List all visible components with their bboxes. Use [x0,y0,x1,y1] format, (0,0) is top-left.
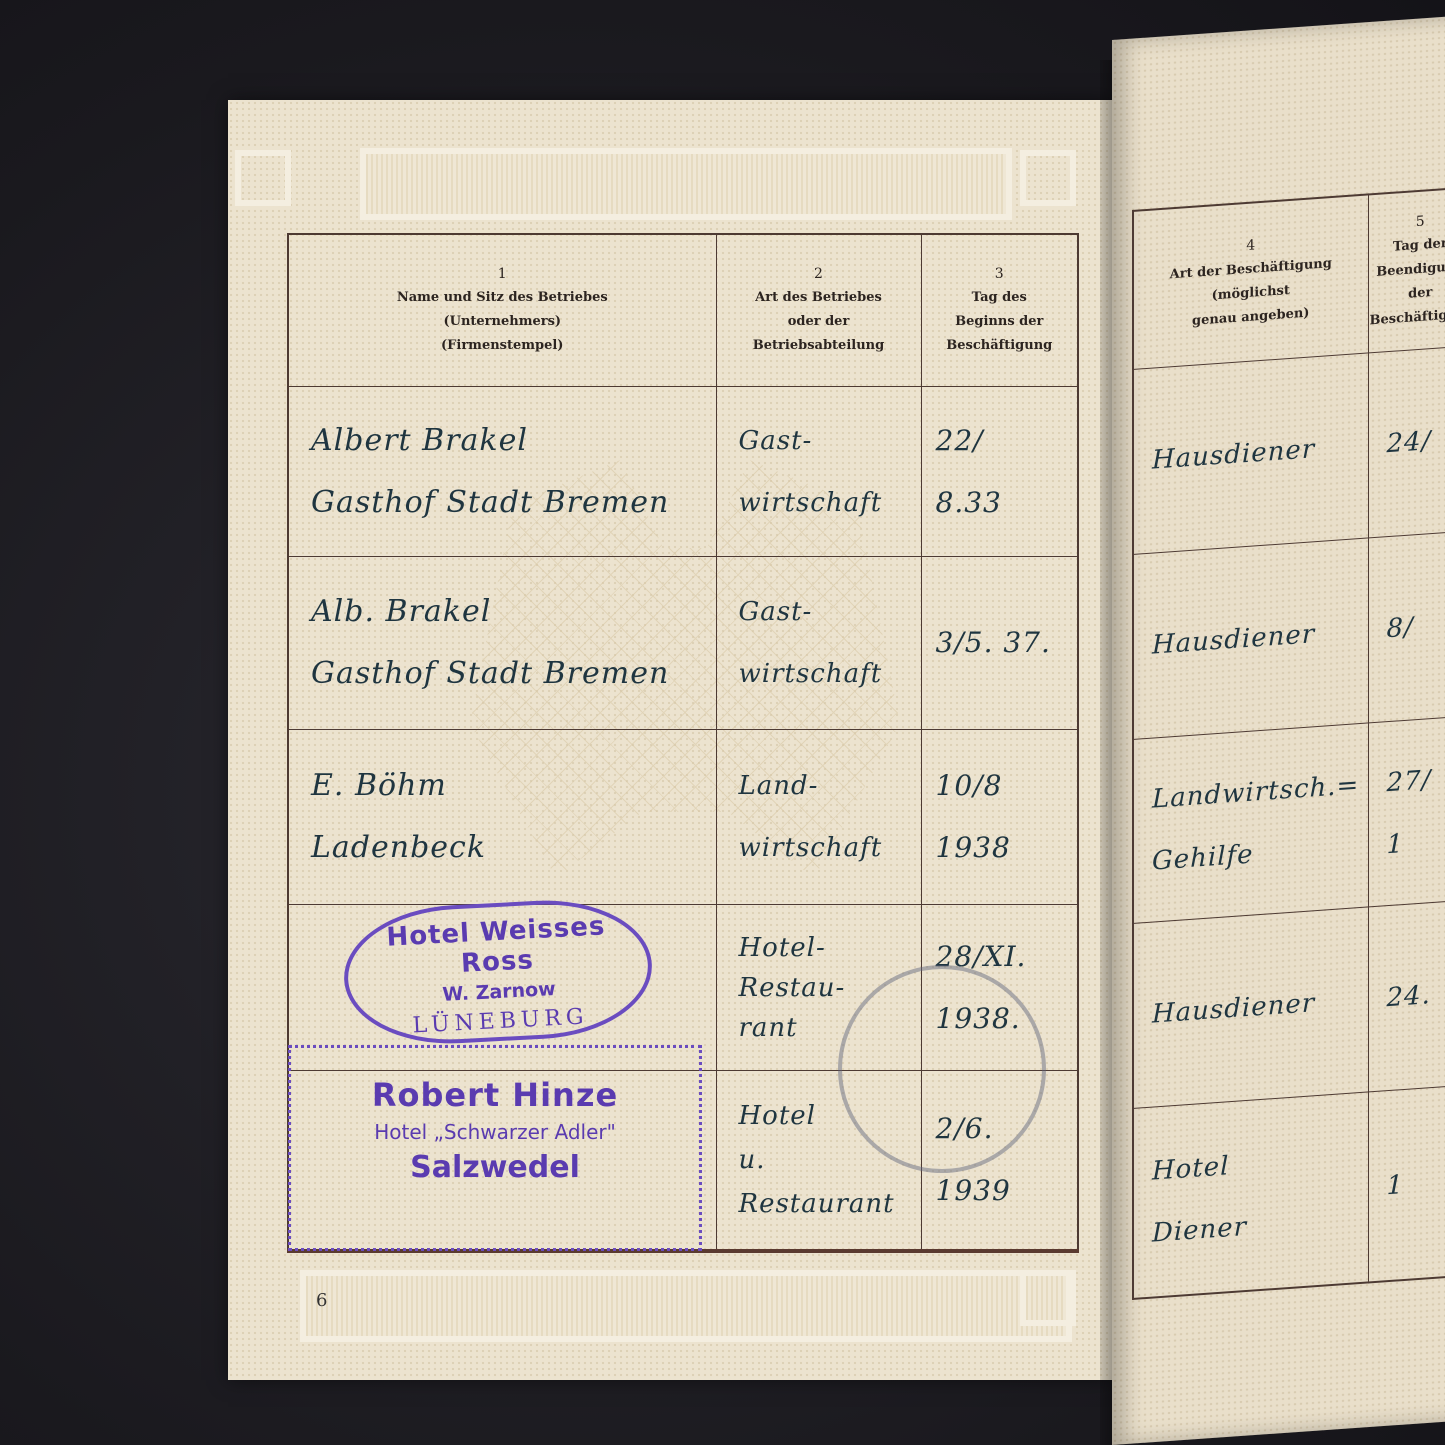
right-page-table: 4 Art der Beschäftigung (möglichst genau… [1132,186,1445,1300]
end-date-cell: 24/ [1368,346,1445,538]
robert-hinze-stamp: Robert Hinze Hotel „Schwarzer Adler" Sal… [288,1045,702,1251]
table-row: Hotel Diener 1 [1133,1085,1445,1299]
table-row: Alb. Brakel Gasthof Stadt Bremen Gast- w… [288,557,1078,730]
end-date-cell: 1 [1368,1085,1445,1283]
occupation-cell: Hausdiener [1133,907,1368,1108]
round-official-stamp-icon [838,965,1046,1173]
table-row: Hausdiener 8/ [1133,530,1445,739]
business-type-cell: Land- wirtschaft [716,729,921,905]
occupation-cell: Landwirtsch.= Gehilfe [1133,723,1368,924]
bottom-ornamental-border [300,1270,1072,1342]
start-date-cell: 22/ 8.33 [921,386,1078,557]
column-header-3: 3 Tag des Beginns der Beschäftigung [921,234,1078,386]
column-header-5: 5 Tag der Beendigung der Beschäftigung [1368,187,1445,353]
end-date-cell: 24. [1368,900,1445,1092]
table-header-row: 4 Art der Beschäftigung (möglichst genau… [1133,187,1445,369]
end-date-cell: 27/ 1 [1368,715,1445,907]
occupation-cell: Hotel Diener [1133,1092,1368,1299]
corner-ornament-icon [1020,150,1076,206]
employer-cell: Alb. Brakel Gasthof Stadt Bremen [288,557,716,730]
table-row: Hausdiener 24/ [1133,346,1445,555]
table-row: Albert Brakel Gasthof Stadt Bremen Gast-… [288,386,1078,557]
column-header-4: 4 Art der Beschäftigung (möglichst genau… [1133,194,1368,369]
corner-ornament-icon [235,150,291,206]
column-header-2: 2 Art des Betriebes oder der Betriebsabt… [716,234,921,386]
start-date-cell: 10/8 1938 [921,729,1078,905]
table-row: Hausdiener 24. [1133,900,1445,1109]
page-number: 6 [316,1290,327,1311]
end-date-cell: 8/ [1368,530,1445,722]
occupation-cell: Hausdiener [1133,353,1368,554]
employer-cell: E. Böhm Ladenbeck [288,729,716,905]
business-type-cell: Gast- wirtschaft [716,557,921,730]
table-row: E. Böhm Ladenbeck Land- wirtschaft 10/8 … [288,729,1078,905]
start-date-cell: 3/5. 37. [921,557,1078,730]
table-row: Landwirtsch.= Gehilfe 27/ 1 [1133,715,1445,924]
occupation-cell: Hausdiener [1133,538,1368,739]
column-header-1: 1 Name und Sitz des Betriebes (Unternehm… [288,234,716,386]
business-type-cell: Gast- wirtschaft [716,386,921,557]
top-ornamental-border [360,148,1012,220]
corner-ornament-icon [1020,1270,1076,1326]
employer-cell: Albert Brakel Gasthof Stadt Bremen [288,386,716,557]
table-header-row: 1 Name und Sitz des Betriebes (Unternehm… [288,234,1078,386]
